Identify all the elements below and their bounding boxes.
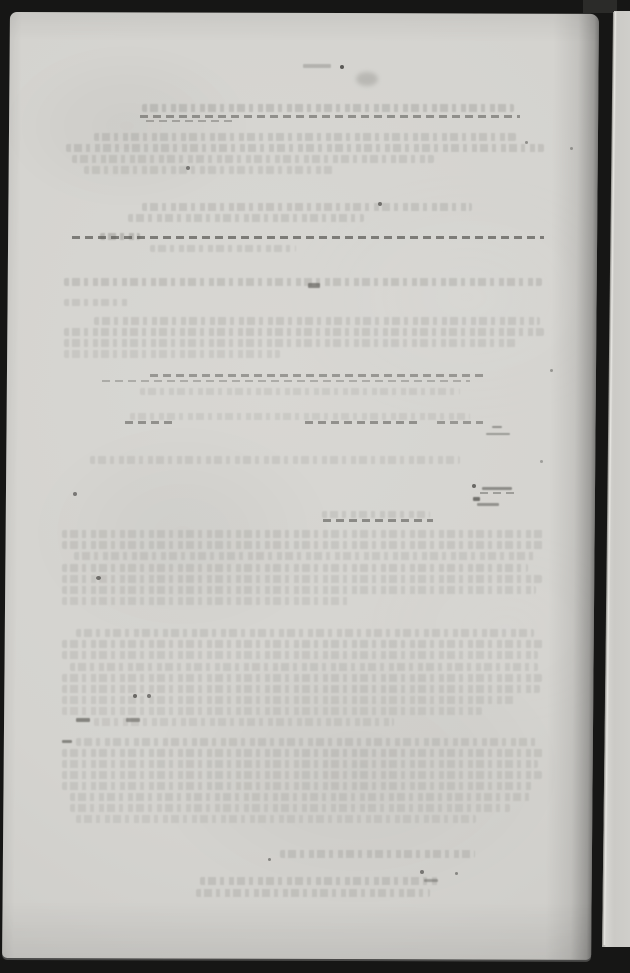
dashed-rule (102, 380, 470, 382)
ink-speck (96, 576, 101, 580)
faint-text-line (62, 586, 536, 594)
faint-text-line (76, 738, 538, 746)
faint-text-line (200, 877, 440, 885)
faint-text-line (142, 104, 514, 112)
scribble-mark (492, 426, 502, 428)
faint-text-line (70, 804, 510, 812)
faint-text-line (90, 456, 460, 464)
faint-text-line (64, 339, 516, 347)
faint-text-line (62, 696, 514, 704)
faint-text-line (84, 166, 336, 174)
scribble-mark (486, 433, 510, 435)
scanner-background (0, 0, 630, 973)
scribble-mark (62, 740, 72, 743)
faint-text-line (70, 663, 538, 671)
faint-text-line (62, 640, 544, 648)
scribble-mark (76, 718, 90, 722)
faint-text-line (62, 760, 538, 768)
faint-text-line (64, 299, 130, 306)
dashed-rule (150, 374, 488, 377)
faint-text-line (62, 674, 542, 682)
faint-text-line (150, 245, 296, 252)
scribble-mark (477, 503, 499, 506)
faint-text-line (280, 850, 475, 858)
faint-text-line (94, 718, 394, 726)
faint-text-line (62, 575, 542, 583)
dashed-rule (72, 236, 544, 239)
faint-text-line (62, 749, 544, 757)
dashed-rule (146, 120, 232, 122)
faint-text-line (62, 651, 538, 659)
ink-speck (340, 65, 344, 69)
faint-text-line (76, 815, 476, 823)
faint-text-line (142, 203, 472, 211)
faint-text-line (62, 541, 544, 549)
faint-text-line (322, 511, 430, 518)
faint-text-line (62, 530, 544, 538)
dashed-rule (125, 421, 177, 424)
marks-layer (0, 0, 630, 973)
faint-text-line (94, 133, 516, 141)
dashed-rule (305, 421, 417, 424)
faint-text-line (62, 685, 540, 693)
faint-text-line (64, 328, 544, 336)
faint-text-line (140, 388, 460, 395)
ink-speck (540, 460, 543, 463)
faint-text-line (62, 597, 348, 605)
faint-text-line (62, 564, 528, 572)
ink-speck (550, 369, 553, 372)
faint-text-line (130, 413, 470, 420)
faint-text-line (66, 144, 544, 152)
ink-smudge (356, 72, 378, 86)
faint-text-line (64, 350, 280, 358)
dashed-rule (140, 115, 520, 118)
faint-text-line (62, 771, 542, 779)
ink-speck (525, 141, 528, 144)
faint-text-line (74, 552, 536, 560)
faint-text-line (72, 155, 434, 163)
faint-text-line (76, 629, 534, 637)
ink-speck (73, 492, 77, 496)
dashed-rule (437, 421, 483, 424)
scribble-mark (308, 283, 320, 288)
scribble-mark (473, 497, 480, 501)
faint-text-line (62, 707, 482, 715)
scribble-mark (424, 879, 438, 882)
faint-text-line (196, 889, 430, 897)
scribble-mark (303, 64, 331, 68)
dashed-rule (480, 492, 516, 494)
faint-text-line (64, 278, 542, 286)
ink-speck (420, 870, 424, 874)
faint-text-line (70, 793, 530, 801)
ink-speck (455, 872, 458, 875)
ink-speck (570, 147, 573, 150)
faint-text-line (62, 782, 532, 790)
ink-speck (472, 484, 476, 488)
scribble-mark (482, 487, 512, 490)
ink-speck (268, 858, 271, 861)
faint-text-line (94, 317, 540, 325)
dashed-rule (323, 519, 433, 522)
faint-text-line (128, 214, 364, 222)
